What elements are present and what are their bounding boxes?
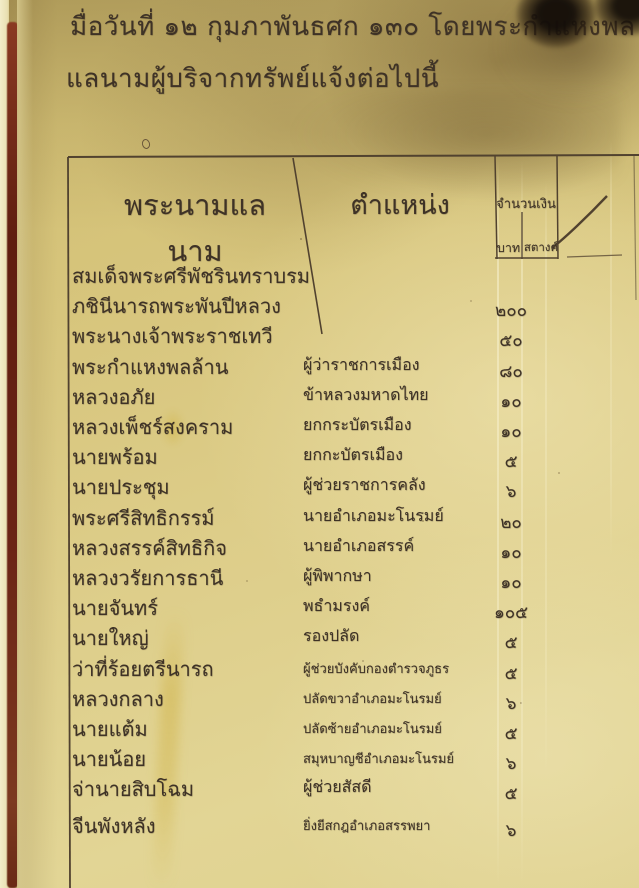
table-row: นายใหญ่ รองปลัด ๕ xyxy=(0,622,639,652)
donor-position: รองปลัด xyxy=(303,624,359,649)
donor-name: หลวงอภัย xyxy=(72,381,155,413)
donation-amount-baht: ๕ xyxy=(478,780,544,807)
donor-position: ยิ่งยีสกฎอำเภอสรรพยา xyxy=(303,815,430,836)
table-row: หลวงเพ็ชร์สงคราม ยกกระบัตรเมือง ๑๐ xyxy=(0,411,639,441)
donor-name: จีนพังหลัง xyxy=(72,810,156,842)
table-row: ภชินีนารถพระพันปีหลวง ๒๐๐ xyxy=(0,290,639,320)
table-row: จีนพังหลัง ยิ่งยีสกฎอำเภอสรรพยา ๖ xyxy=(0,810,639,840)
table-row: นายประชุม ผู้ช่วยราชการคลัง ๖ xyxy=(0,471,639,501)
donor-position: นายอำเภอมะโนรมย์ xyxy=(303,504,444,529)
donor-position: ผู้ว่าราชการเมือง xyxy=(303,353,419,378)
donor-position: สมุหบาญชีอำเภอมะโนรมย์ xyxy=(303,748,454,769)
donor-position: ผู้พิพากษา xyxy=(303,564,372,589)
donor-name: หลวงวรัยการธานี xyxy=(72,562,223,594)
column-header-satang: สตางค์ xyxy=(521,239,561,257)
column-header-position: ตำแหน่ง xyxy=(330,183,470,226)
table-row: นายน้อย สมุหบาญชีอำเภอมะโนรมย์ ๖ xyxy=(0,743,639,773)
donor-name: สมเด็จพระศรีพัชรินทราบรม xyxy=(72,260,310,292)
donor-name: ภชินีนารถพระพันปีหลวง xyxy=(72,290,281,322)
table-row: พระนางเจ้าพระราชเทวี ๕๐ xyxy=(0,320,639,350)
page-edge-shading xyxy=(17,0,33,888)
donor-name: จ่านายสิบโฉม xyxy=(72,773,194,805)
table-row: จ่านายสิบโฉม ผู้ช่วยสัสดี ๕ xyxy=(0,773,639,803)
donor-name: นายใหญ่ xyxy=(72,622,149,654)
donor-name: นายประชุม xyxy=(72,471,170,503)
donor-name: นายพร้อม xyxy=(72,441,158,473)
donor-position: ยกกระบัตรเมือง xyxy=(303,413,412,438)
donor-name: นายแต้ม xyxy=(72,713,148,745)
column-header-baht: บาท xyxy=(495,238,522,258)
donor-position: ปลัดขวาอำเภอมะโนรมย์ xyxy=(303,688,442,709)
table-row: หลวงอภัย ข้าหลวงมหาดไทย ๑๐ xyxy=(0,381,639,411)
donor-name: หลวงกลาง xyxy=(72,683,164,715)
table-row: หลวงวรัยการธานี ผู้พิพากษา ๑๐ xyxy=(0,562,639,592)
donor-position: นายอำเภอสรรค์ xyxy=(303,534,414,559)
donor-name: นายน้อย xyxy=(72,743,146,775)
donor-name: หลวงเพ็ชร์สงคราม xyxy=(72,411,233,443)
table-row: นายพร้อม ยกกะบัตรเมือง ๕ xyxy=(0,441,639,471)
donor-name: ว่าที่ร้อยตรีนารถ xyxy=(72,653,214,685)
donor-name: พระศรีสิทธิกรรม์ xyxy=(72,502,214,534)
donor-name: นายจันทร์ xyxy=(72,592,158,624)
table-row: นายแต้ม ปลัดซ้ายอำเภอมะโนรมย์ ๕ xyxy=(0,713,639,743)
donor-position: ผู้ช่วยบังคับกองตำรวจภูธร xyxy=(303,658,449,679)
table-row: นายจันทร์ พธำมรงค์ ๑๐๕ xyxy=(0,592,639,622)
table-row: หลวงกลาง ปลัดขวาอำเภอมะโนรมย์ ๖ xyxy=(0,683,639,713)
donor-name: พระนางเจ้าพระราชเทวี xyxy=(72,320,273,352)
donation-amount-baht: ๖ xyxy=(478,817,544,844)
donor-name: พระกำแหงพลล้าน xyxy=(72,351,228,383)
table-row: หลวงสรรค์สิทธิกิจ นายอำเภอสรรค์ ๑๐ xyxy=(0,532,639,562)
column-header-amount: จำนวนเงิน xyxy=(495,193,557,214)
manuscript-page: มื่อวันที่ ๑๒ กุมภาพันธศก ๑๓๐ โดยพระกำแห… xyxy=(0,0,639,888)
donor-position: พธำมรงค์ xyxy=(303,594,370,619)
donor-position: ผู้ช่วยราชการคลัง xyxy=(303,473,426,498)
donor-position: ปลัดซ้ายอำเภอมะโนรมย์ xyxy=(303,718,442,739)
table-row: พระศรีสิทธิกรรม์ นายอำเภอมะโนรมย์ ๒๐ xyxy=(0,502,639,532)
donor-position: ผู้ช่วยสัสดี xyxy=(303,775,372,800)
table-top-border xyxy=(68,155,639,157)
table-row: พระกำแหงพลล้าน ผู้ว่าราชการเมือง ๘๐ xyxy=(0,351,639,381)
table-row: สมเด็จพระศรีพัชรินทราบรม xyxy=(0,260,639,290)
donor-position: ข้าหลวงมหาดไทย xyxy=(303,383,429,408)
table-row: ว่าที่ร้อยตรีนารถ ผู้ช่วยบังคับกองตำรวจภ… xyxy=(0,653,639,683)
donor-name: หลวงสรรค์สิทธิกิจ xyxy=(72,532,227,564)
donor-position: ยกกะบัตรเมือง xyxy=(303,443,403,468)
short-dash-line xyxy=(567,255,622,257)
